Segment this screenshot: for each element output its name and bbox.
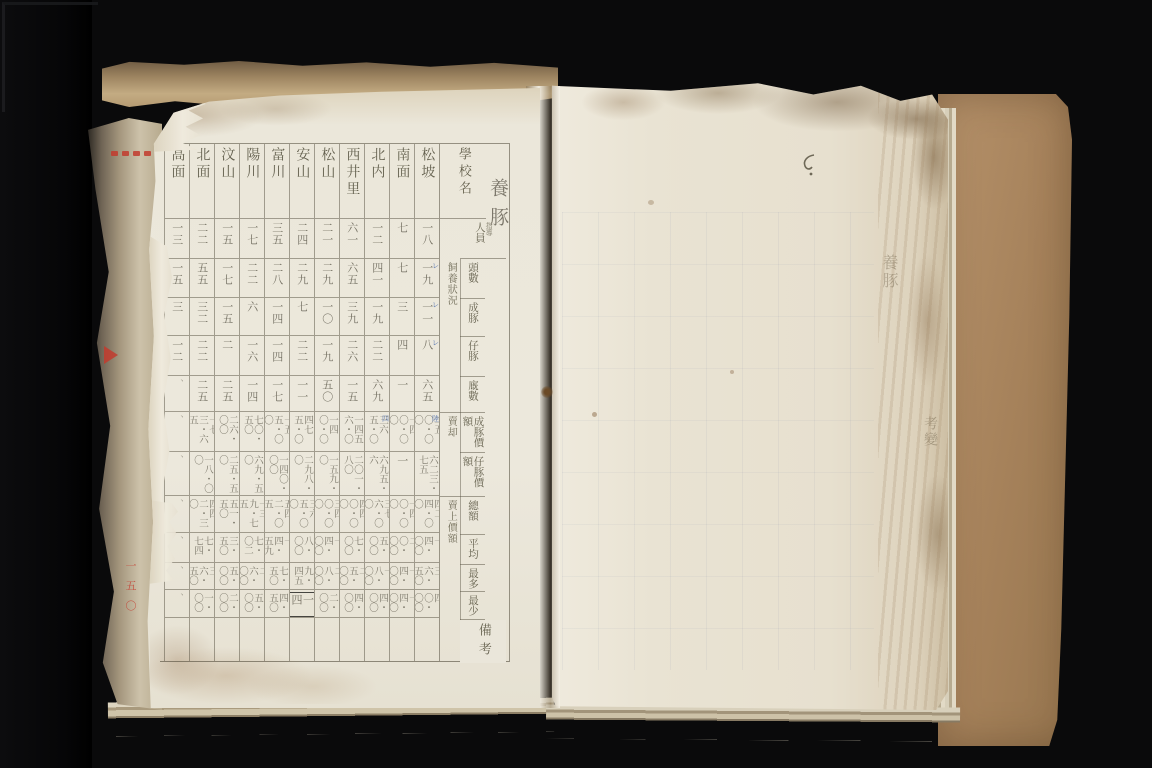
data-cell: 一五五・〇〇	[265, 412, 289, 452]
data-cell: 七・〇〇	[340, 533, 364, 563]
data-cell: 一四〇・〇	[315, 412, 339, 452]
data-cell: 三	[390, 298, 414, 336]
data-cell: 三六五・〇四	[365, 412, 389, 452]
data-cell: 九・四五	[290, 563, 314, 590]
data-cell: 二八	[265, 259, 289, 299]
cell-text: 安山	[295, 144, 310, 181]
cell-text: 一四〇・〇	[317, 412, 337, 451]
data-cell: 、	[165, 376, 189, 412]
cell-text: 松山	[320, 144, 335, 181]
foxing-spot	[730, 370, 734, 374]
data-cell: 二五	[190, 376, 214, 412]
cell-text: 頭數	[467, 259, 478, 283]
cell-text: 賣上價額	[445, 497, 456, 620]
data-cell: 二六・〇〇	[215, 412, 239, 452]
cell-text: 二五・五〇	[217, 452, 237, 495]
cell-text: 二二	[246, 259, 258, 286]
cell-text: 五・〇〇	[217, 563, 237, 589]
data-cell: 一三	[165, 219, 189, 259]
cell-text: 一・〇〇	[192, 590, 212, 617]
cell-text: 平均	[467, 535, 478, 559]
cell-text: 三・五〇	[217, 533, 237, 562]
data-cell	[265, 618, 289, 661]
data-cell: 二九	[290, 259, 314, 299]
school-column-安山: 安山二四二九七二二一一四七五・〇二九八・〇三六五・〇〇八・〇〇九・四五一四	[289, 144, 314, 661]
data-cell: 六五	[340, 259, 364, 299]
right-page: 養豚 考變	[552, 82, 948, 710]
data-cell: 二二	[365, 336, 389, 376]
cell-text: 一二	[371, 219, 383, 246]
cell-text: 松坡	[420, 144, 435, 181]
cell-text: 一五九・〇	[317, 452, 337, 495]
data-cell: 四二四・〇〇	[415, 496, 439, 534]
header-column: 學校名人員指導頭數成豚仔豚廐數成豚價額仔豚價額總額平均最多最少備考飼養狀況賣却賣…	[439, 144, 485, 661]
data-cell: 一四	[265, 336, 289, 376]
cell-text: 一七	[246, 219, 258, 246]
data-cell: 三九	[340, 298, 364, 336]
row-label-7: 總額	[460, 497, 485, 535]
data-cell: 二五・五〇	[215, 452, 239, 496]
cell-text: 二六・〇〇	[240, 563, 264, 589]
data-cell: 四・〇〇	[365, 590, 389, 618]
data-cell: 八・〇〇	[290, 533, 314, 563]
cell-text: 六一	[346, 219, 358, 246]
data-cell: 六五	[415, 376, 439, 412]
data-cell: 四・五〇	[265, 590, 289, 618]
row-label-1: 頭數	[460, 259, 485, 299]
cell-text: 總額	[467, 497, 478, 521]
data-cell: 四七五・〇	[290, 412, 314, 452]
cell-text: 一	[396, 452, 408, 467]
cell-text: 一四・〇〇	[390, 563, 414, 589]
cell-text: 三四〇・〇〇	[315, 496, 339, 533]
data-cell: 一八・〇〇	[190, 452, 214, 496]
cell-text: 一四〇・〇〇	[390, 496, 414, 533]
cell-text: 學校名	[456, 144, 470, 198]
cell-text: 九・四五	[292, 563, 312, 589]
cell-text: 五・〇〇	[242, 590, 262, 617]
data-cell: 二〇・〇〇	[390, 533, 414, 563]
row-label-2: 成豚	[460, 299, 485, 337]
cell-text: 一三	[171, 219, 183, 246]
data-cell: 一四・〇〇	[315, 533, 339, 563]
page-stack-bottom-right	[546, 705, 960, 742]
data-cell: 四四二・三〇	[190, 496, 214, 534]
ink-squiggle-mark	[798, 152, 820, 180]
left-page: 養豚學校名人員指導頭數成豚仔豚廐數成豚價額仔豚價額總額平均最多最少備考飼養狀況賣…	[146, 88, 540, 708]
data-cell: 四	[390, 336, 414, 376]
cell-text: 二二	[296, 336, 308, 363]
cell-text: 廐數	[467, 377, 478, 401]
ghost-ink-bleed-upper: 養豚	[878, 254, 901, 290]
data-cell: 三二	[190, 298, 214, 336]
data-cell: 一七三・六五	[190, 412, 214, 452]
data-cell: 一八・〇〇	[365, 563, 389, 590]
row-label-3: 仔豚	[460, 337, 485, 377]
manila-folder	[938, 94, 1072, 746]
cell-text: 仔豚	[467, 337, 478, 361]
cell-text: 三六五・〇〇	[290, 496, 314, 533]
data-cell: 五・〇〇	[215, 563, 239, 590]
data-cell: 一五	[215, 298, 239, 336]
cell-text: 四二四・〇〇	[415, 496, 439, 533]
data-cell: 一四〇・〇〇	[265, 452, 289, 496]
cell-text: 七・〇二	[242, 533, 262, 562]
ghost-ink-bleed-lower: 考變	[920, 416, 940, 448]
data-cell: 一二	[365, 219, 389, 259]
cell-text: 一三九・七五	[240, 496, 264, 533]
group-label: 飼養狀況	[440, 259, 460, 413]
school-name: 松坡	[415, 144, 439, 219]
data-cell: 三四〇・〇〇	[315, 496, 339, 534]
cell-text: 八・〇〇	[292, 533, 312, 562]
cell-text: 七	[396, 259, 408, 274]
cell-text: 一七三・六五	[190, 412, 214, 451]
cell-text: 一	[396, 376, 408, 391]
row-label-0: 人員指導	[460, 219, 506, 259]
data-cell: 一九	[365, 298, 389, 336]
cell-text: 最少	[467, 592, 478, 616]
cell-text: 汶山	[220, 144, 235, 181]
cell-text: 成豚價額	[461, 413, 483, 452]
cell-text: 賣却	[445, 413, 456, 496]
data-cell	[365, 618, 389, 661]
cell-text: 四一	[371, 259, 383, 286]
data-cell: 七	[390, 259, 414, 299]
data-cell: 一・〇〇	[190, 590, 214, 618]
cell-text: 五・〇〇	[367, 533, 387, 562]
data-cell: 一〇	[315, 298, 339, 336]
cell-text: 一四・〇〇	[415, 533, 439, 562]
data-cell: 三・五〇	[215, 533, 239, 563]
cell-text: 二〇・〇〇	[390, 533, 414, 562]
cell-text: 、	[172, 412, 181, 425]
data-cell: 一三九・七五	[240, 496, 264, 534]
school-name: 北内	[365, 144, 389, 219]
cell-text: 、	[172, 452, 181, 465]
data-cell: 、	[165, 590, 189, 618]
cell-text: 四四二・三〇	[190, 496, 214, 533]
cell-text: 、	[172, 590, 181, 603]
data-cell: 一四〇・〇〇	[390, 412, 414, 452]
data-cell: 七〇・五〇	[240, 412, 264, 452]
school-column-松坡: 松坡一八一九レ一一レ八レ六五二五〇・〇〇陸六二三・七五四二四・〇〇一四・〇〇三六…	[414, 144, 439, 661]
cell-text: 、	[172, 563, 181, 576]
cell-text: 二六・〇〇	[217, 412, 237, 451]
data-cell: 一八	[415, 219, 439, 259]
data-cell: 一四	[290, 590, 314, 618]
blue-annotation-mark: レ	[432, 300, 439, 310]
data-cell: 一五	[340, 376, 364, 412]
data-cell: 二六・〇〇	[240, 563, 264, 590]
school-column-松山: 松山二一二九一〇一九五〇一四〇・〇一五九・〇三四〇・〇〇一四・〇〇二八・〇〇二・…	[314, 144, 339, 661]
cell-text: 一九	[321, 336, 333, 363]
cell-text: 飼養狀況	[445, 259, 456, 412]
data-cell	[415, 618, 439, 661]
cell-text: 五〇	[321, 376, 333, 403]
cell-text: 七	[296, 298, 308, 313]
cell-text: 四・〇〇	[367, 590, 387, 617]
cell-text: 西井里	[345, 144, 360, 198]
data-cell	[165, 618, 189, 661]
cell-text: 北面	[195, 144, 210, 181]
data-cell: 五・〇〇	[240, 590, 264, 618]
data-cell: 二五	[215, 376, 239, 412]
cell-text: 三六・五〇	[415, 563, 439, 589]
cell-text: 二五	[221, 376, 233, 403]
cell-text: 二五・〇〇	[340, 563, 364, 589]
data-cell: 一四	[240, 376, 264, 412]
data-cell: 一四・五九	[265, 533, 289, 563]
data-cell: 一	[390, 376, 414, 412]
cell-text: 二八	[271, 259, 283, 286]
data-cell	[340, 618, 364, 661]
cell-text: 一四・五九	[265, 533, 289, 562]
cell-text: 備考	[476, 620, 490, 661]
data-cell: 六九	[365, 376, 389, 412]
cell-text: 四四〇・〇〇	[340, 496, 364, 533]
cell-text: 三	[396, 298, 408, 313]
data-cell	[315, 618, 339, 661]
cell-text: 一七	[221, 259, 233, 286]
cell-text: 三六・五〇	[190, 563, 214, 589]
data-cell: 一一レ	[415, 298, 439, 336]
cell-text: 五四二・〇五	[265, 496, 289, 533]
cell-text: 六五	[421, 376, 433, 403]
cell-text: 一四〇・〇〇	[267, 452, 287, 495]
data-cell: 五四二・〇五	[265, 496, 289, 534]
data-cell: 二二	[240, 259, 264, 299]
data-cell: 二一	[315, 219, 339, 259]
school-column-北面: 北面二二五五三二二二二五一七三・六五一八・〇〇四四二・三〇七・七四三六・五〇一・…	[189, 144, 214, 661]
data-cell: 一四〇・〇〇	[390, 496, 414, 534]
data-cell: 一九レ	[415, 259, 439, 299]
school-column-陽川: 陽川一七二二六一六一四七〇・五〇六九・五〇一三九・七五七・〇二二六・〇〇五・〇〇	[239, 144, 264, 661]
red-edge-writing: 一五〇	[122, 560, 138, 620]
cell-text: 六九	[371, 376, 383, 403]
ledger-table: 養豚學校名人員指導頭數成豚仔豚廐數成豚價額仔豚價額總額平均最多最少備考飼養狀況賣…	[160, 143, 510, 662]
cell-text: 一九	[371, 298, 383, 325]
cell-text: 一五	[221, 298, 233, 325]
cell-text: 一六	[246, 336, 258, 363]
data-cell: 七・七四	[190, 533, 214, 563]
cell-text: 一四	[246, 376, 258, 403]
cell-text: 七・七四	[192, 533, 212, 562]
school-name: 北面	[190, 144, 214, 219]
cell-text: 七・五〇	[267, 563, 287, 589]
data-cell: 二・〇〇	[315, 590, 339, 618]
group-label: 賣上價額	[440, 497, 460, 620]
cell-text: 二五	[196, 376, 208, 403]
bleedthrough-grid	[562, 212, 874, 670]
data-cell: 五一・五〇	[215, 496, 239, 534]
cell-text: 一四	[271, 336, 283, 363]
data-cell: 三六五・〇〇	[290, 496, 314, 534]
cell-text: 二六	[346, 336, 358, 363]
cell-text: 六	[246, 298, 258, 313]
data-cell: 一四・〇〇	[415, 533, 439, 563]
cell-text: 六九五・六	[367, 452, 387, 495]
blue-annotation-mark: 四	[382, 414, 389, 424]
data-cell: 一五	[215, 219, 239, 259]
cell-text: 人員	[474, 219, 485, 243]
cell-text: 一四〇・〇〇	[390, 412, 414, 451]
photo-of-open-ledger: 一五〇 養豚 考變 養豚學校名人員指導頭數成豚仔豚廐數成豚價額仔豚價額總額平均最…	[0, 0, 1152, 768]
school-name: 南面	[390, 144, 414, 219]
cell-text: 七	[396, 219, 408, 234]
data-cell: 二二	[190, 219, 214, 259]
cell-text: 二・〇〇	[317, 590, 337, 617]
data-cell: 二・〇〇	[215, 590, 239, 618]
data-cell: 七	[290, 298, 314, 336]
cell-text: 南面	[395, 144, 410, 181]
row-label-6: 仔豚價額	[460, 453, 485, 497]
red-seal-mark	[104, 346, 118, 364]
data-cell: 二二	[290, 336, 314, 376]
cell-text: 四・〇〇	[342, 590, 362, 617]
data-cell: 二九	[315, 259, 339, 299]
cell-text: 三五	[271, 219, 283, 246]
school-name: 西井里	[340, 144, 364, 219]
cell-text: 七・〇〇	[342, 533, 362, 562]
data-cell: 六九五・六	[365, 452, 389, 496]
school-name: 松山	[315, 144, 339, 219]
cell-text: 一一	[296, 376, 308, 403]
data-cell: 五・〇〇	[365, 533, 389, 563]
data-cell: 一一	[290, 376, 314, 412]
data-cell: 二四	[290, 219, 314, 259]
school-name-header: 學校名	[440, 144, 486, 219]
school-name: 富川	[265, 144, 289, 219]
data-cell: 三六・五〇	[415, 563, 439, 590]
school-name: 陽川	[240, 144, 264, 219]
cell-text: 五五	[196, 259, 208, 286]
right-page-right-stain	[878, 82, 948, 710]
cell-text: 二〇一・八〇	[342, 452, 362, 495]
row-label-9: 最多	[460, 565, 485, 592]
row-label-8: 平均	[460, 535, 485, 565]
data-cell: 二六	[340, 336, 364, 376]
data-cell: 八レ	[415, 336, 439, 376]
cell-text: 五一・五〇	[217, 496, 237, 533]
school-column-富川: 富川三五二八一四一四一七一五五・〇〇一四〇・〇〇五四二・〇五一四・五九七・五〇四…	[264, 144, 289, 661]
cell-text: 一八	[421, 219, 433, 246]
row-label-5: 成豚價額	[460, 413, 485, 453]
data-cell	[390, 618, 414, 661]
cell-text: 一二	[171, 336, 183, 363]
cell-text: 七〇・五〇	[242, 412, 262, 451]
school-name: 汶山	[215, 144, 239, 219]
blue-annotation-mark: レ	[432, 261, 439, 271]
data-cell: 一四五六・〇	[340, 412, 364, 452]
cell-text: 三九	[346, 298, 358, 325]
group-label: 賣却	[440, 413, 460, 497]
data-cell: 、	[165, 452, 189, 496]
cell-text: 一〇	[321, 298, 333, 325]
data-cell: 二八・〇〇	[315, 563, 339, 590]
data-cell: 四〇・〇〇	[415, 590, 439, 618]
school-column-南面: 南面七七三四一一四〇・〇〇一一四〇・〇〇二〇・〇〇一四・〇〇一四・〇〇	[389, 144, 414, 661]
data-cell: 七・〇二	[240, 533, 264, 563]
cell-text: 四〇・〇〇	[415, 590, 439, 617]
cell-text: 二九八・〇	[292, 452, 312, 495]
data-cell: 一七	[215, 259, 239, 299]
cell-text: 一八・〇〇	[192, 452, 212, 495]
frame-corner-top-left	[2, 2, 98, 112]
cell-text: 一四・〇〇	[390, 590, 414, 617]
cell-text: 六二三・七五	[417, 452, 437, 495]
cell-text: 二	[221, 336, 233, 351]
data-cell: 二五〇・〇〇陸	[415, 412, 439, 452]
school-column-高面: 高面一三一五三一二、、、、、、、	[164, 144, 189, 661]
cell-text: 一四	[290, 592, 314, 617]
cell-text: 二八・〇〇	[315, 563, 339, 589]
cell-text: 二二	[196, 336, 208, 363]
data-cell: 三	[165, 298, 189, 336]
data-cell: 二九八・〇	[290, 452, 314, 496]
data-cell: 六二三・七五	[415, 452, 439, 496]
blue-annotation-mark: 陸	[432, 414, 439, 424]
school-column-汶山: 汶山一五一七一五二二五二六・〇〇二五・五〇五一・五〇三・五〇五・〇〇二・〇〇	[214, 144, 239, 661]
cell-text: 一五	[171, 259, 183, 286]
data-cell	[290, 618, 314, 661]
foxing-spot	[592, 412, 597, 417]
data-cell: 六一	[340, 219, 364, 259]
data-cell	[240, 618, 264, 661]
cell-text: 二二	[196, 219, 208, 246]
cell-text: 富川	[270, 144, 285, 181]
data-cell: 一七	[240, 219, 264, 259]
data-cell: 二五・〇〇	[340, 563, 364, 590]
data-cell: 三六・五〇	[190, 563, 214, 590]
data-cell: 四・〇〇	[340, 590, 364, 618]
school-name: 高面	[165, 144, 189, 219]
cell-text: 四・五〇	[267, 590, 287, 617]
cell-text: 一五	[221, 219, 233, 246]
data-cell: 一四・〇〇	[390, 563, 414, 590]
row-labels: 人員指導頭數成豚仔豚廐數成豚價額仔豚價額總額平均最多最少備考	[460, 219, 485, 663]
data-cell: 三七六・〇〇	[365, 496, 389, 534]
cell-text: 一八・〇〇	[365, 563, 389, 589]
data-cell	[190, 618, 214, 661]
row-label-remarks: 備考	[460, 620, 506, 663]
data-cell: 一	[390, 452, 414, 496]
cell-text: 一四	[271, 298, 283, 325]
data-cell: 四一	[365, 259, 389, 299]
data-cell: 七・五〇	[265, 563, 289, 590]
cell-text: 、	[172, 376, 181, 389]
data-cell: 六九・五〇	[240, 452, 264, 496]
cell-text: 二一	[321, 219, 333, 246]
school-column-西井里: 西井里六一六五三九二六一五一四五六・〇二〇一・八〇四四〇・〇〇七・〇〇二五・〇〇…	[339, 144, 364, 661]
data-cell: 五五	[190, 259, 214, 299]
row-label-4: 廐數	[460, 377, 485, 413]
foxing-spot	[648, 200, 654, 205]
cell-text: 二二	[371, 336, 383, 363]
data-cell: 一四	[265, 298, 289, 336]
cell-text: 二九	[321, 259, 333, 286]
cell-text: 四	[396, 336, 408, 351]
cell-text: 成豚	[467, 299, 478, 323]
blue-annotation-mark: レ	[432, 338, 439, 348]
row-label-10: 最少	[460, 592, 485, 620]
cell-text: 三七六・〇〇	[365, 496, 389, 533]
data-cell: 一四・〇〇	[390, 590, 414, 618]
data-cell	[215, 618, 239, 661]
cell-text: 最多	[467, 565, 478, 589]
cell-text: 一四五六・〇	[342, 412, 362, 451]
school-column-北内: 北内一二四一一九二二六九三六五・〇四六九五・六三七六・〇〇五・〇〇一八・〇〇四・…	[364, 144, 389, 661]
